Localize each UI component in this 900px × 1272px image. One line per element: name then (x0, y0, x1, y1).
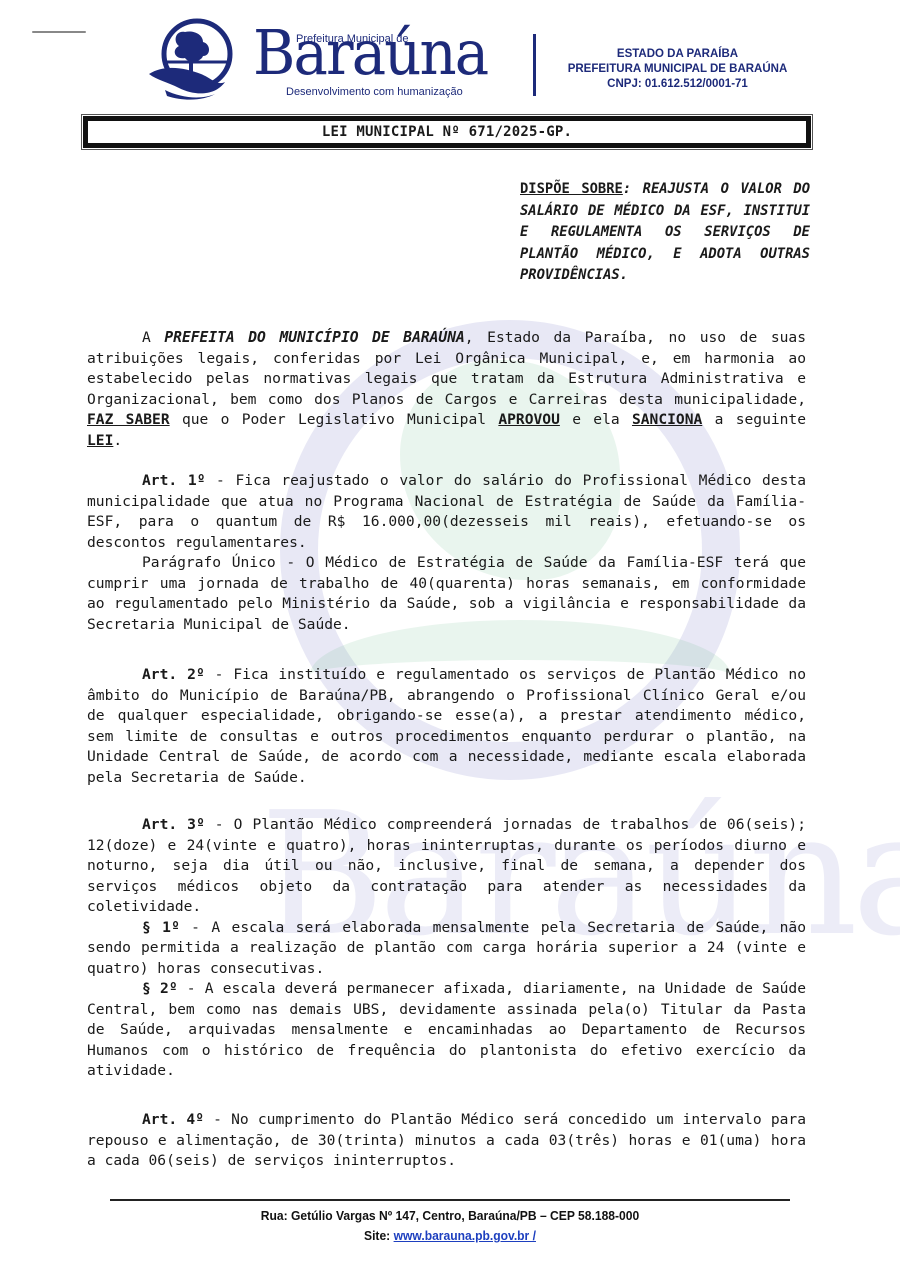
letterhead: Baraúna Prefeitura Municipal de Desenvol… (140, 10, 820, 105)
sanciona: SANCIONA (632, 411, 702, 428)
brand-prefix: Prefeitura Municipal de (296, 33, 409, 45)
article-label: Art. 3º (142, 816, 205, 833)
issuer-block: ESTADO DA PARAÍBA PREFEITURA MUNICIPAL D… (540, 47, 815, 92)
state-name: ESTADO DA PARAÍBA (540, 47, 815, 62)
paragrafo-unico: Parágrafo Único - O Médico de Estratégia… (87, 553, 806, 635)
header-divider (533, 34, 536, 96)
preamble-text: e ela (560, 411, 632, 428)
ementa-lead: DISPÕE SOBRE (520, 181, 623, 197)
tree-hands-logo-icon (145, 16, 241, 100)
article-label: Art. 2º (142, 666, 205, 683)
lei: LEI (87, 432, 113, 449)
preamble-text: a seguinte (702, 411, 806, 428)
law-title-box: LEI MUNICIPAL Nº 671/2025-GP. (83, 116, 811, 148)
footer-divider (110, 1199, 790, 1201)
faz-saber: FAZ SABER (87, 411, 170, 428)
article-1: Art. 1º - Fica reajustado o valor do sal… (87, 471, 806, 635)
preamble-text: que o Poder Legislativo Municipal (170, 411, 499, 428)
article-text: - Fica instituído e regulamentado os ser… (87, 666, 806, 786)
site-label: Site: (364, 1228, 394, 1243)
site-link[interactable]: www.barauna.pb.gov.br / (394, 1228, 536, 1243)
article-2: Art. 2º - Fica instituído e regulamentad… (87, 665, 806, 788)
aprovou: APROVOU (498, 411, 560, 428)
article-label: Art. 1º (142, 472, 205, 489)
preamble-text: . (113, 432, 122, 449)
section-label: § 2º (142, 980, 178, 997)
article-3: Art. 3º - O Plantão Médico compreenderá … (87, 815, 806, 1082)
preamble: A PREFEITA DO MUNICÍPIO DE BARAÚNA, Esta… (87, 328, 806, 451)
ementa: DISPÕE SOBRE: REAJUSTA O VALOR DO SALÁRI… (520, 179, 810, 287)
section-label: § 1º (142, 919, 180, 936)
footer-site: Site: www.barauna.pb.gov.br / (134, 1226, 766, 1246)
brand-name: Baraúna (253, 22, 487, 84)
authority: PREFEITA DO MUNICÍPIO DE BARAÚNA (164, 329, 464, 346)
footer: Rua: Getúlio Vargas Nº 147, Centro, Bara… (134, 1206, 766, 1246)
section-text: - A escala será elaborada mensalmente pe… (87, 919, 806, 977)
footer-address: Rua: Getúlio Vargas Nº 147, Centro, Bara… (134, 1206, 766, 1226)
article-label: Art. 4º (142, 1111, 204, 1128)
prefeitura-name: PREFEITURA MUNICIPAL DE BARAÚNA (540, 62, 815, 77)
preamble-text: A (142, 329, 164, 346)
section-text: - A escala deverá permanecer afixada, di… (87, 980, 806, 1079)
law-title: LEI MUNICIPAL Nº 671/2025-GP. (322, 124, 572, 140)
scan-artifact (32, 31, 86, 33)
article-4: Art. 4º - No cumprimento do Plantão Médi… (87, 1110, 806, 1172)
cnpj: CNPJ: 01.612.512/0001-71 (540, 77, 815, 92)
brand-tagline: Desenvolvimento com humanização (286, 86, 463, 98)
